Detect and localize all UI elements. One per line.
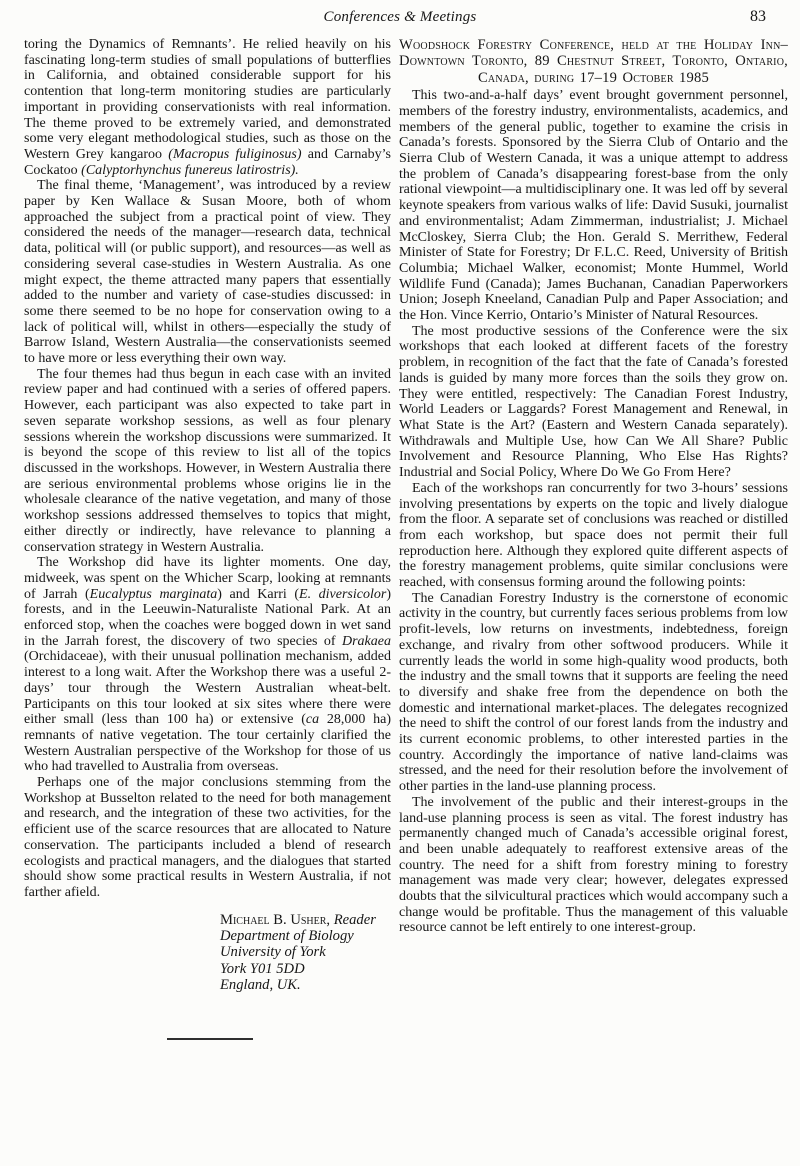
author-address: Department of BiologyUniversity of YorkY… bbox=[220, 928, 391, 994]
left-column: toring the Dynamics of Remnants’. He rel… bbox=[24, 37, 391, 1040]
text-run: The four themes had thus begun in each c… bbox=[24, 367, 391, 555]
address-line: England, UK. bbox=[220, 977, 391, 993]
text-run: The final theme, ‘Management’, was intro… bbox=[24, 178, 391, 366]
author-name: Michael B. Usher, bbox=[220, 912, 330, 928]
running-head: Conferences & Meetings bbox=[0, 9, 800, 26]
two-column-layout: toring the Dynamics of Remnants’. He rel… bbox=[24, 37, 788, 1040]
address-line: University of York bbox=[220, 944, 391, 960]
text-run: ) and Karri ( bbox=[217, 587, 299, 602]
right-column: Woodshock Forestry Conference, held at t… bbox=[399, 37, 788, 1040]
text-run: toring the Dynamics of Remnants’. He rel… bbox=[24, 37, 391, 162]
italic-text-run: (Macropus fuliginosus) bbox=[168, 147, 301, 162]
address-line: York Y01 5DD bbox=[220, 961, 391, 977]
paragraph: Perhaps one of the major conclusions ste… bbox=[24, 775, 391, 901]
italic-text-run: (Calyptorhynchus funereus latirostris). bbox=[81, 163, 299, 178]
journal-page: Conferences & Meetings 83 toring the Dyn… bbox=[0, 0, 800, 1166]
left-column-text: toring the Dynamics of Remnants’. He rel… bbox=[24, 37, 391, 901]
paragraph: The Workshop did have its lighter moment… bbox=[24, 555, 391, 775]
text-run: Each of the workshops ran concurrently f… bbox=[399, 481, 788, 590]
text-run: The involvement of the public and their … bbox=[399, 795, 788, 936]
paragraph: This two-and-a-half days’ event brought … bbox=[399, 88, 788, 324]
italic-text-run: E. diversicolor bbox=[299, 587, 386, 602]
right-column-text: This two-and-a-half days’ event brought … bbox=[399, 88, 788, 936]
italic-text-run: ca bbox=[306, 712, 319, 727]
paragraph: The Canadian Forestry Industry is the co… bbox=[399, 591, 788, 795]
text-run: This two-and-a-half days’ event brought … bbox=[399, 88, 788, 323]
address-line: Department of Biology bbox=[220, 928, 391, 944]
section-divider-rule bbox=[167, 1038, 253, 1040]
signature-name-line: Michael B. Usher, Reader bbox=[220, 912, 391, 928]
paragraph: The most productive sessions of the Conf… bbox=[399, 324, 788, 481]
page-number: 83 bbox=[750, 8, 766, 26]
italic-text-run: Eucalyptus marginata bbox=[90, 587, 218, 602]
paragraph: The four themes had thus begun in each c… bbox=[24, 367, 391, 555]
paragraph: toring the Dynamics of Remnants’. He rel… bbox=[24, 37, 391, 178]
paragraph: Each of the workshops ran concurrently f… bbox=[399, 481, 788, 591]
paragraph: The involvement of the public and their … bbox=[399, 795, 788, 936]
paragraph: The final theme, ‘Management’, was intro… bbox=[24, 178, 391, 366]
text-run: The Canadian Forestry Industry is the co… bbox=[399, 591, 788, 794]
author-role: Reader bbox=[334, 912, 376, 928]
text-run: The most productive sessions of the Conf… bbox=[399, 324, 788, 480]
signature-block: Michael B. Usher, Reader Department of B… bbox=[24, 912, 391, 994]
article-heading: Woodshock Forestry Conference, held at t… bbox=[399, 37, 788, 86]
italic-text-run: Drakaea bbox=[342, 634, 391, 649]
text-run: Perhaps one of the major conclusions ste… bbox=[24, 775, 391, 900]
